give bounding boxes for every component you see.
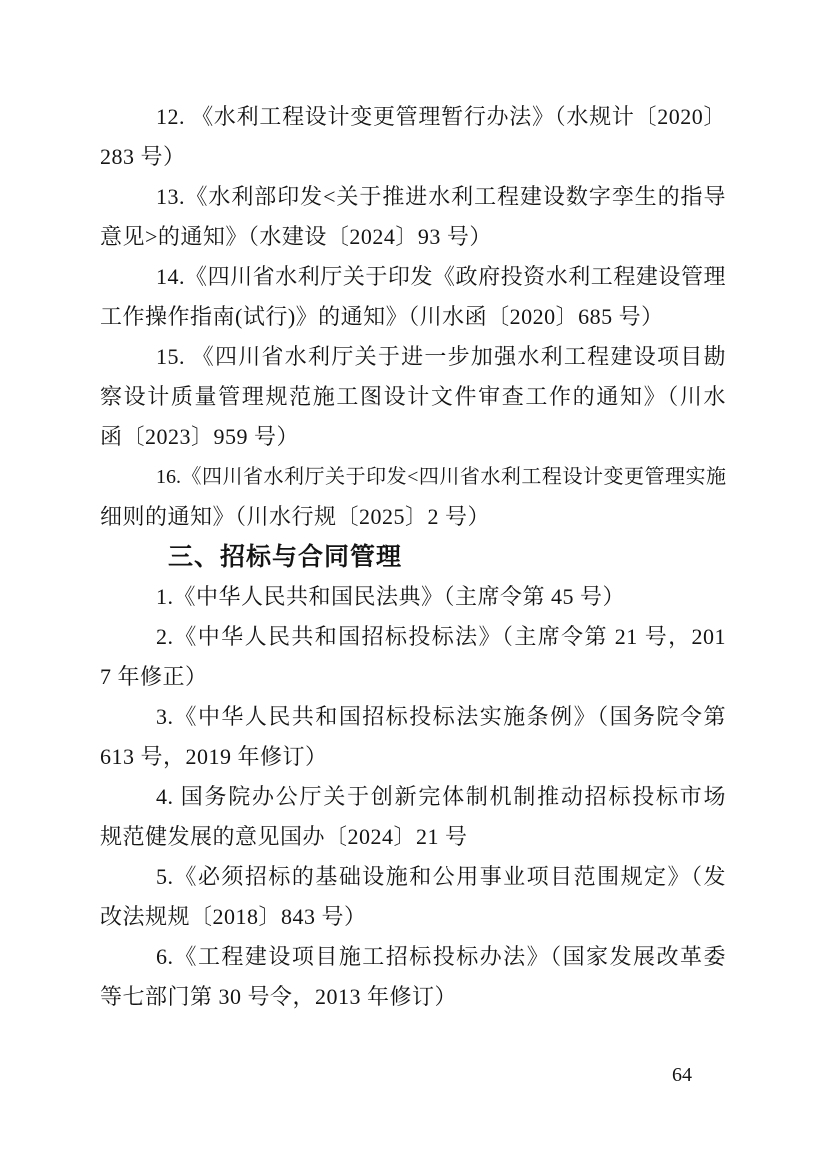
list-item-line: 函〔2023〕959 号） xyxy=(100,417,726,457)
list-item-line: 工作操作指南(试行)》的通知》（川水函〔2020〕685 号） xyxy=(100,297,726,337)
list-item-line: 283 号） xyxy=(100,137,726,177)
list-item-line: 13.《水利部印发<关于推进水利工程建设数字孪生的指导 xyxy=(100,177,726,217)
list-item-line: 1.《中华人民共和国民法典》（主席令第 45 号） xyxy=(100,577,726,617)
page-number: 64 xyxy=(100,1060,692,1090)
list-item-line: 3.《中华人民共和国招标投标法实施条例》（国务院令第 xyxy=(100,697,726,737)
document-body: 12. 《水利工程设计变更管理暂行办法》（水规计〔2020〕283 号）13.《… xyxy=(100,97,726,1017)
list-item-line: 15. 《四川省水利厅关于进一步加强水利工程建设项目勘 xyxy=(100,337,726,377)
list-item-line: 改法规规〔2018〕843 号） xyxy=(100,897,726,937)
list-item-line: 5.《必须招标的基础设施和公用事业项目范围规定》（发 xyxy=(100,857,726,897)
list-item-line: 4. 国务院办公厅关于创新完体制机制推动招标投标市场 xyxy=(100,777,726,817)
list-item-line: 察设计质量管理规范施工图设计文件审查工作的通知》（川水 xyxy=(100,377,726,417)
document-page: 12. 《水利工程设计变更管理暂行办法》（水规计〔2020〕283 号）13.《… xyxy=(0,0,826,1169)
list-item-line: 2.《中华人民共和国招标投标法》（主席令第 21 号，201 xyxy=(100,617,726,657)
list-item-line: 613 号，2019 年修订） xyxy=(100,737,726,777)
list-item-line: 意见>的通知》（水建设〔2024〕93 号） xyxy=(100,217,726,257)
section-heading: 三、招标与合同管理 xyxy=(100,537,726,577)
list-item-line: 16.《四川省水利厅关于印发<四川省水利工程设计变更管理实施 xyxy=(100,457,726,497)
list-item-line: 7 年修正） xyxy=(100,657,726,697)
list-item-line: 12. 《水利工程设计变更管理暂行办法》（水规计〔2020〕 xyxy=(100,97,726,137)
list-item-line: 14.《四川省水利厅关于印发《政府投资水利工程建设管理 xyxy=(100,257,726,297)
list-item-line: 规范健发展的意见国办〔2024〕21 号 xyxy=(100,817,726,857)
list-item-line: 等七部门第 30 号令，2013 年修订） xyxy=(100,977,726,1017)
list-item-line: 6.《工程建设项目施工招标投标办法》（国家发展改革委 xyxy=(100,937,726,977)
list-item-line: 细则的通知》（川水行规〔2025〕2 号） xyxy=(100,497,726,537)
